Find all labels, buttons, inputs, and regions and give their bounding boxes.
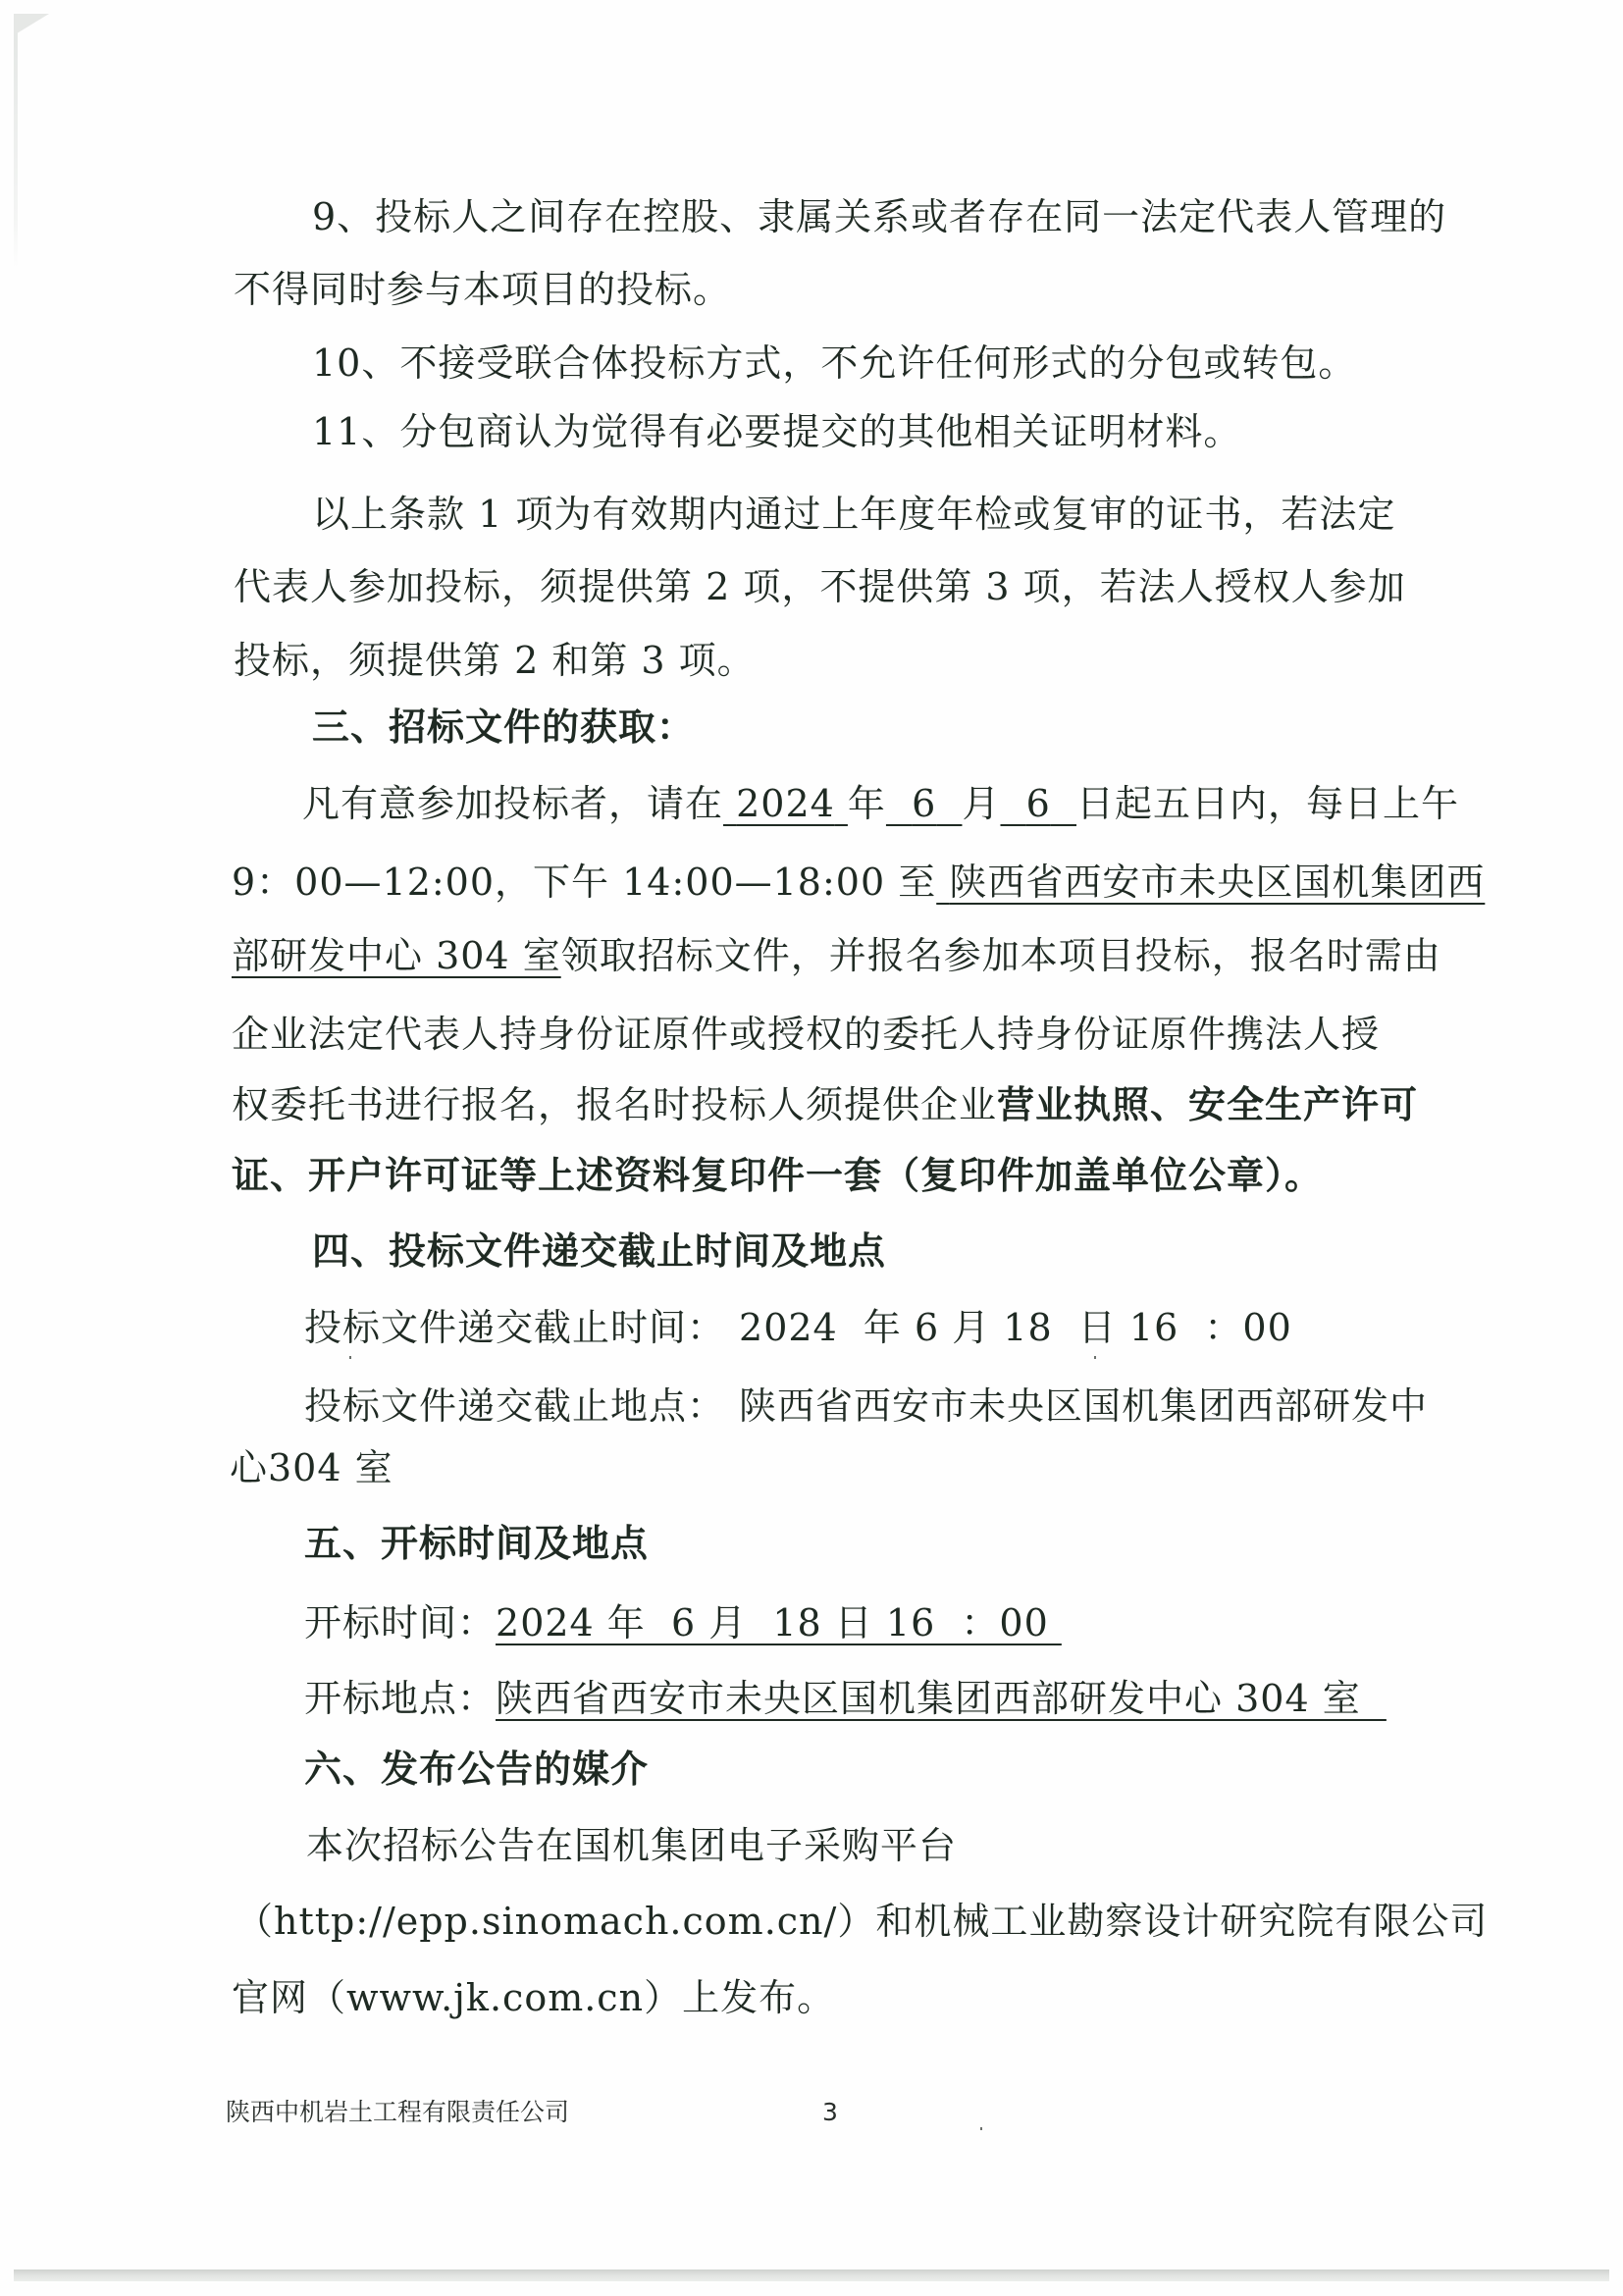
required-documents-bold: 营业执照、安全生产许可 [997, 1083, 1418, 1126]
scan-speck [980, 2127, 982, 2130]
opening-place-value: 陕西省西安市未央区国机集团西部研发中心 304 室 [496, 1677, 1387, 1720]
section-3-paragraph-line-4: 企业法定代表人持身份证原件或授权的委托人持身份证原件携法人授 [232, 1012, 1380, 1057]
text: 权委托书进行报名，报名时投标人须提供企业 [232, 1083, 997, 1126]
section-6-heading: 六、发布公告的媒介 [304, 1747, 649, 1792]
note-line-2: 代表人参加投标，须提供第 2 项，不提供第 3 项，若法人授权人参加 [234, 564, 1406, 609]
item-9-line-2: 不得同时参与本项目的投标。 [234, 267, 731, 312]
document-page: 9、投标人之间存在控股、隶属关系或者存在同一法定代表人管理的 不得同时参与本项目… [0, 0, 1623, 2296]
section-6-paragraph-line-3: 官网（www.jk.com.cn）上发布。 [232, 1975, 835, 2020]
note-line-3: 投标，须提供第 2 和第 3 项。 [234, 638, 756, 683]
opening-time-value: 2024 年 6 月 18 日 16 ：00 [496, 1601, 1062, 1644]
page-corner-fold [14, 14, 49, 35]
scan-speck [1094, 1356, 1096, 1359]
submission-location: 投标文件递交截止地点：陕西省西安市未央区国机集团西部研发中 [304, 1383, 1428, 1429]
month-unit: 月 [962, 782, 1000, 825]
footer-company-name: 陕西中机岩土工程有限责任公司 [226, 2098, 569, 2127]
pickup-address-part-2: 部研发中心 304 室 [232, 934, 561, 977]
scan-speck [349, 1356, 351, 1359]
location-value: 陕西省西安市未央区国机集团西部研发中 [739, 1384, 1428, 1428]
section-3-paragraph-line-1: 凡有意参加投标者，请在 2024 年 6 月 6 日起五日内，每日上午 [302, 781, 1459, 826]
start-day: 6 [1000, 782, 1076, 825]
start-month-value: 6 [912, 782, 936, 825]
section-3-heading: 三、招标文件的获取： [312, 704, 695, 750]
scan-edge-shadow [14, 14, 18, 269]
section-5-heading: 五、开标时间及地点 [304, 1521, 649, 1566]
text: 日起五日内，每日上午 [1076, 782, 1459, 825]
section-3-paragraph-line-5: 权委托书进行报名，报名时投标人须提供企业营业执照、安全生产许可 [232, 1082, 1418, 1127]
start-year: 2024 [723, 782, 848, 825]
deadline-label: 投标文件递交截止时间： [304, 1306, 725, 1349]
item-10: 10、不接受联合体投标方式，不允许任何形式的分包或转包。 [312, 340, 1356, 386]
scan-bottom-edge [14, 2270, 1609, 2281]
year-unit: 年 [848, 782, 886, 825]
section-4-heading: 四、投标文件递交截止时间及地点 [312, 1228, 886, 1274]
location-label: 投标文件递交截止地点： [304, 1384, 725, 1428]
opening-time-label: 开标时间： [304, 1601, 496, 1644]
opening-place: 开标地点：陕西省西安市未央区国机集团西部研发中心 304 室 [304, 1676, 1387, 1721]
item-11: 11、分包商认为觉得有必要提交的其他相关证明材料。 [312, 409, 1241, 454]
submission-deadline: 投标文件递交截止时间：2024 年 6 月 18 日 16 ：00 [304, 1305, 1292, 1350]
deadline-value: 2024 年 6 月 18 日 16 ：00 [739, 1306, 1292, 1349]
section-3-paragraph-line-3: 部研发中心 304 室领取招标文件，并报名参加本项目投标，报名时需由 [232, 933, 1441, 978]
footer-page-number: 3 [822, 2098, 838, 2127]
opening-place-label: 开标地点： [304, 1677, 496, 1720]
section-6-paragraph-line-1: 本次招标公告在国机集团电子采购平台 [306, 1823, 957, 1868]
office-hours: 9：00—12:00，下午 14:00—18:00 至 [232, 861, 936, 904]
address-text: 陕西省西安市未央区国机集团西 [949, 861, 1485, 904]
section-6-paragraph-line-2: （http://epp.sinomach.com.cn/）和机械工业勘察设计研究… [236, 1899, 1488, 1944]
pickup-address-part-1: 陕西省西安市未央区国机集团西 [936, 861, 1485, 904]
text: 凡有意参加投标者，请在 [302, 782, 723, 825]
start-year-value: 2024 [736, 782, 835, 825]
text: 领取招标文件，并报名参加本项目投标，报名时需由 [561, 934, 1441, 977]
section-3-paragraph-line-2: 9：00—12:00，下午 14:00—18:00 至 陕西省西安市未央区国机集… [232, 860, 1485, 905]
note-line-1: 以上条款 1 项为有效期内通过上年度年检或复审的证书，若法定 [312, 492, 1395, 537]
start-month: 6 [886, 782, 963, 825]
submission-location-line-2: 心304 室 [230, 1445, 393, 1490]
item-9-line-1: 9、投标人之间存在控股、隶属关系或者存在同一法定代表人管理的 [312, 194, 1446, 239]
start-day-value: 6 [1026, 782, 1051, 825]
opening-time: 开标时间：2024 年 6 月 18 日 16 ：00 [304, 1600, 1062, 1645]
section-3-paragraph-line-6: 证、开户许可证等上述资料复印件一套（复印件加盖单位公章）。 [232, 1153, 1323, 1198]
